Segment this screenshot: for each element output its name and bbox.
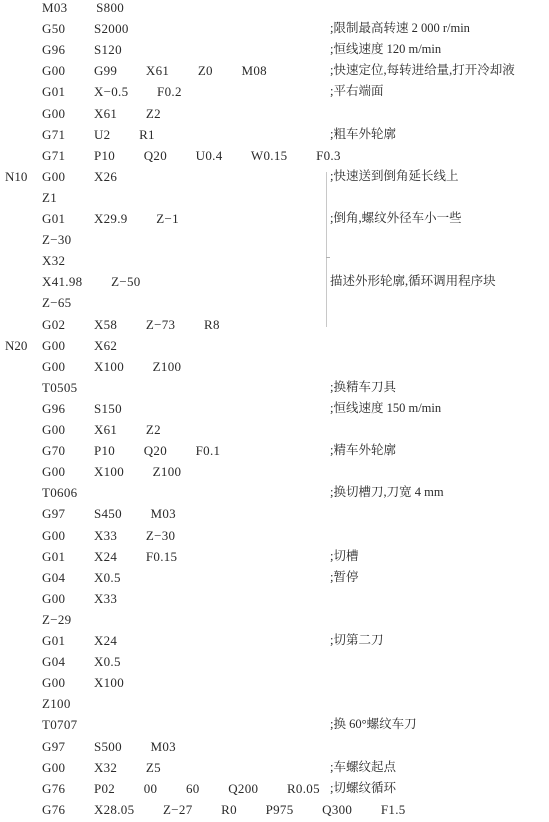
program-line: Z100	[0, 693, 549, 714]
g-code-statement: G00 X32 Z5	[42, 757, 161, 778]
g-code-statement: T0606	[42, 482, 77, 503]
line-comment: ;车螺纹起点	[330, 757, 396, 778]
program-line: G71 P10 Q20 U0.4 W0.15 F0.3	[0, 145, 549, 166]
g-code-statement: G00 X33 Z−30	[42, 525, 175, 546]
program-line: G01 X−0.5 F0.2;平右端面	[0, 81, 549, 102]
block-bracket	[326, 172, 333, 327]
program-line: X32	[0, 250, 549, 271]
g-code-statement: Z−65	[42, 292, 71, 313]
g-code-statement: G00 X100 Z100	[42, 461, 181, 482]
program-line: Z1	[0, 187, 549, 208]
line-comment: ;换切槽刀,刀宽 4 mm	[330, 482, 444, 503]
block-bracket-tick	[326, 257, 330, 258]
g-code-statement: G71 U2 R1	[42, 124, 155, 145]
g-code-statement: G76 X28.05 Z−27 R0 P975 Q300 F1.5	[42, 799, 406, 820]
g-code-statement: G01 X24 F0.15	[42, 546, 177, 567]
g-code-statement: G00 X26	[42, 166, 117, 187]
block-number-label: N20	[5, 335, 27, 356]
program-line: G00 X33 Z−30	[0, 525, 549, 546]
g-code-statement: G00 G99 X61 Z0 M08	[42, 60, 267, 81]
g-code-statement: X32	[42, 250, 65, 271]
line-comment: ;快速送到倒角延长线上	[330, 166, 458, 187]
program-line: G00 X100 Z100	[0, 461, 549, 482]
g-code-statement: G01 X29.9 Z−1	[42, 208, 179, 229]
program-line: G00 X32 Z5;车螺纹起点	[0, 757, 549, 778]
g-code-statement: Z100	[42, 693, 71, 714]
g-code-statement: G00 X61 Z2	[42, 103, 161, 124]
line-comment: ;恒线速度 120 m/min	[330, 39, 441, 60]
g-code-statement: T0707	[42, 714, 77, 735]
program-line: Z−65	[0, 292, 549, 313]
program-line: X41.98 Z−50描述外形轮廓,循环调用程序块	[0, 271, 549, 292]
g-code-statement: G04 X0.5	[42, 651, 121, 672]
program-line: G02 X58 Z−73 R8	[0, 314, 549, 335]
g-code-statement: G70 P10 Q20 F0.1	[42, 440, 220, 461]
g-code-statement: Z−30	[42, 229, 71, 250]
program-line: G01 X24;切第二刀	[0, 630, 549, 651]
line-comment: ;限制最高转速 2 000 r/min	[330, 18, 470, 39]
program-line: G50 S2000;限制最高转速 2 000 r/min	[0, 18, 549, 39]
g-code-statement: G97 S450 M03	[42, 503, 176, 524]
g-code-statement: G71 P10 Q20 U0.4 W0.15 F0.3	[42, 145, 341, 166]
g-code-statement: G76 P02 00 60 Q200 R0.05	[42, 778, 320, 799]
line-comment: ;换精车刀具	[330, 377, 396, 398]
line-comment: ;切第二刀	[330, 630, 383, 651]
g-code-statement: G02 X58 Z−73 R8	[42, 314, 220, 335]
g-code-statement: G97 S500 M03	[42, 736, 176, 757]
line-comment: ;粗车外轮廓	[330, 124, 396, 145]
program-line: G00 X61 Z2	[0, 419, 549, 440]
g-code-statement: G50 S2000	[42, 18, 129, 39]
program-line: Z−29	[0, 609, 549, 630]
program-line: N20G00 X62	[0, 335, 549, 356]
program-line: G00 X100 Z100	[0, 356, 549, 377]
program-line: G00 X33	[0, 588, 549, 609]
g-code-statement: G00 X61 Z2	[42, 419, 161, 440]
g-code-statement: Z−29	[42, 609, 71, 630]
program-line: T0606;换切槽刀,刀宽 4 mm	[0, 482, 549, 503]
program-line: G00 G99 X61 Z0 M08;快速定位,每转进给量,打开冷却液	[0, 60, 549, 81]
g-code-statement: G04 X0.5	[42, 567, 121, 588]
program-line: G96 S120;恒线速度 120 m/min	[0, 39, 549, 60]
g-code-statement: X41.98 Z−50	[42, 271, 141, 292]
program-line: G97 S450 M03	[0, 503, 549, 524]
program-line: Z−30	[0, 229, 549, 250]
program-line: G76 P02 00 60 Q200 R0.05;切螺纹循环	[0, 778, 549, 799]
g-code-statement: G01 X24	[42, 630, 117, 651]
line-comment: ;恒线速度 150 m/min	[330, 398, 441, 419]
program-line: G96 S150;恒线速度 150 m/min	[0, 398, 549, 419]
g-code-statement: T0505	[42, 377, 77, 398]
program-line: G04 X0.5;暂停	[0, 567, 549, 588]
line-comment: ;切槽	[330, 546, 358, 567]
program-line: M03 S800	[0, 0, 549, 18]
program-line: G76 X28.05 Z−27 R0 P975 Q300 F1.5	[0, 799, 549, 820]
program-line: T0505;换精车刀具	[0, 377, 549, 398]
program-line: G71 U2 R1;粗车外轮廓	[0, 124, 549, 145]
g-code-statement: G00 X100 Z100	[42, 356, 181, 377]
line-comment: ;精车外轮廓	[330, 440, 396, 461]
block-number-label: N10	[5, 166, 27, 187]
g-code-statement: G96 S150	[42, 398, 122, 419]
line-comment: ;切螺纹循环	[330, 778, 396, 799]
program-line: G04 X0.5	[0, 651, 549, 672]
line-comment: ;快速定位,每转进给量,打开冷却液	[330, 60, 515, 81]
g-code-statement: G96 S120	[42, 39, 122, 60]
g-code-statement: Z1	[42, 187, 57, 208]
program-line: T0707;换 60°螺纹车刀	[0, 714, 549, 735]
program-line: G00 X61 Z2	[0, 103, 549, 124]
program-line: G70 P10 Q20 F0.1;精车外轮廓	[0, 440, 549, 461]
line-comment: ;平右端面	[330, 81, 383, 102]
g-code-statement: M03 S800	[42, 0, 124, 18]
program-line: N10G00 X26;快速送到倒角延长线上	[0, 166, 549, 187]
program-line: G01 X29.9 Z−1;倒角,螺纹外径车小一些	[0, 208, 549, 229]
line-comment: ;倒角,螺纹外径车小一些	[330, 208, 462, 229]
g-code-statement: G00 X33	[42, 588, 117, 609]
g-code-statement: G00 X62	[42, 335, 117, 356]
line-comment: 描述外形轮廓,循环调用程序块	[330, 271, 496, 292]
program-line: G01 X24 F0.15;切槽	[0, 546, 549, 567]
program-line: G97 S500 M03	[0, 736, 549, 757]
line-comment: ;换 60°螺纹车刀	[330, 714, 417, 735]
line-comment: ;暂停	[330, 567, 358, 588]
program-line: G00 X100	[0, 672, 549, 693]
g-code-statement: G01 X−0.5 F0.2	[42, 81, 182, 102]
g-code-statement: G00 X100	[42, 672, 124, 693]
